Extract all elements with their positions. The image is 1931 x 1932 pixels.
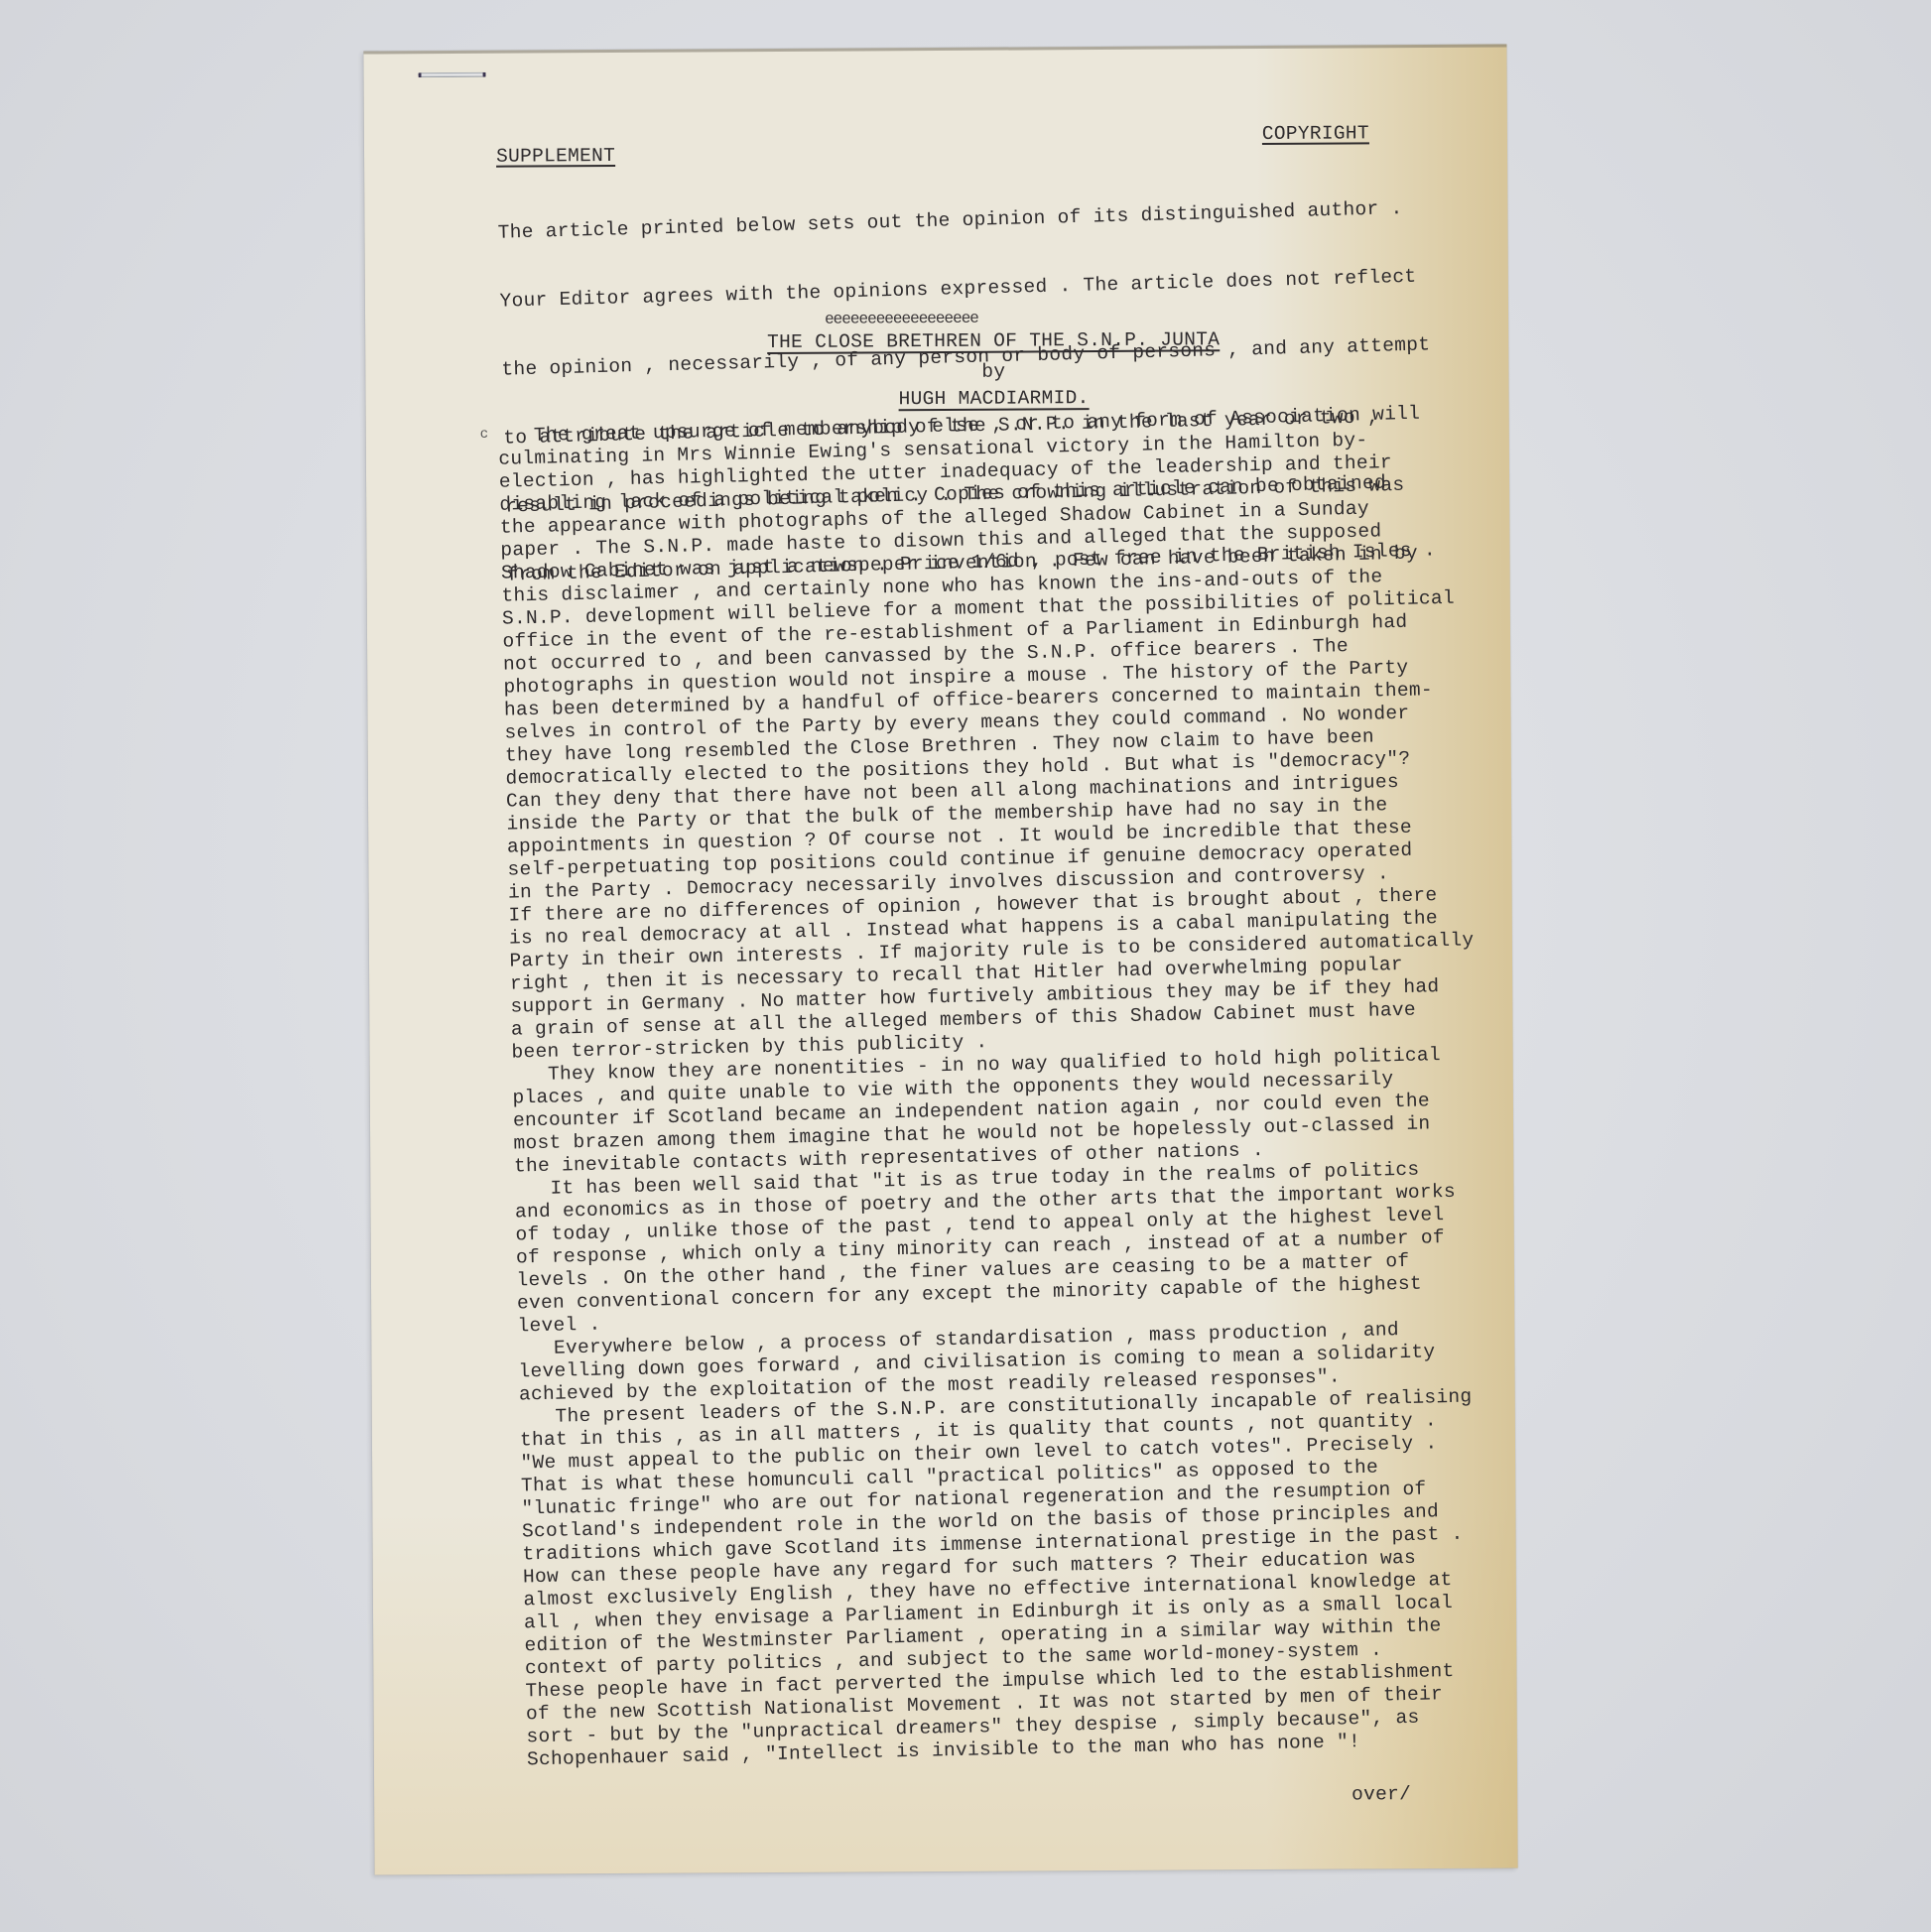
author-name: HUGH MACDIARMID. — [898, 387, 1089, 411]
separator-line: eeeeeeeeeeeeeeeeee — [825, 308, 978, 331]
margin-mark: c — [480, 424, 489, 447]
byline-by: by — [616, 358, 1370, 386]
supplement-label: SUPPLEMENT — [496, 145, 615, 169]
article-body: The great upsurge of membership of the S… — [498, 404, 1509, 1771]
copyright-label: COPYRIGHT — [1262, 122, 1369, 146]
typed-document-page: SUPPLEMENT COPYRIGHT The article printed… — [363, 44, 1517, 1874]
notice-line: Your Editor agrees with the opinions exp… — [499, 265, 1452, 314]
title-block: THE CLOSE BRETHREN OF THE S.N.P. JUNTA b… — [497, 327, 1370, 413]
notice-line: The article printed below sets out the o… — [497, 196, 1450, 245]
article-title: THE CLOSE BRETHREN OF THE S.N.P. JUNTA — [767, 328, 1220, 354]
continuation-note: over/ — [1352, 1783, 1411, 1806]
staple-icon — [419, 72, 486, 77]
